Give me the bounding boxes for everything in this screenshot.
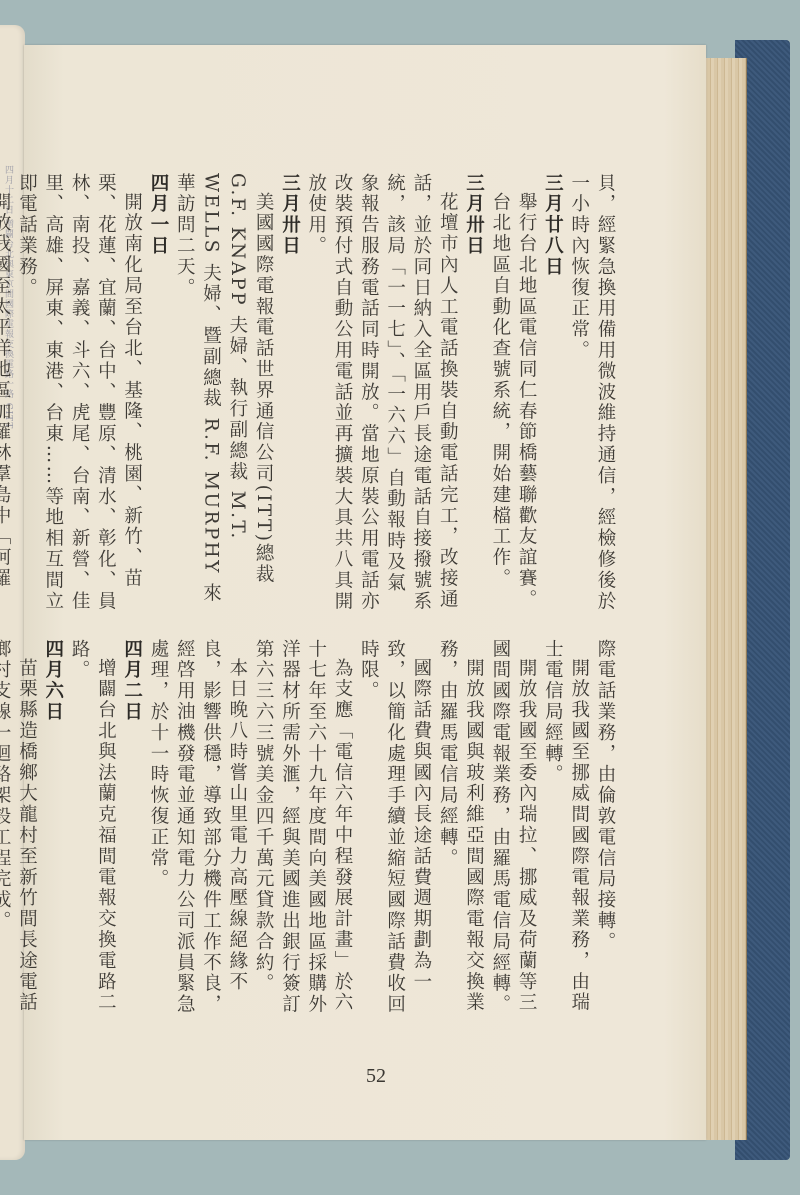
text-block-bottom: 際電話業務，由倫敦電信局接轉。 開放我國至挪威間國際電報業務，由瑞士電信局經轉。…	[0, 639, 618, 1019]
date-heading: 四月二日	[118, 639, 144, 1019]
paragraph: 開放我國至委內瑞拉、挪威及荷蘭等三國間國際電報業務，由羅馬電信局經轉。	[487, 639, 540, 1019]
paragraph: 國際話費與國內長途話費週期劃為一致，以簡化處理手續並縮短國際話費收回時限。	[355, 639, 434, 1019]
paragraph: 苗栗縣造橋鄉大龍村至新竹間長途電話鄉村支線一迴路架設工程完成。	[0, 639, 39, 1019]
paragraph: 增闢台北與法蘭克福間電報交換電路二路。	[66, 639, 119, 1019]
paragraph: 花壇市內人工電話換裝自動電話完工，改接通話，並於同日納入全區用戶長途電話自接撥號…	[302, 173, 460, 613]
date-heading: 四月六日	[39, 639, 65, 1019]
paragraph: 開放我國至挪威間國際電報業務，由瑞士電信局經轉。	[539, 639, 592, 1019]
paragraph: 開放我國至太平洋地區加羅林羣島中「柯羅島」（KOROR）及馬拉威（MALAWI）…	[0, 173, 13, 613]
book-page: 貝，經緊急換用備用微波維持通信，經檢修後於一小時內恢復正常。 三月廿八日 舉行台…	[24, 45, 706, 1140]
paragraph: 為支應「電信六年中程發展計畫」於六十七年至六十九年度間向美國地區採購外洋器材所需…	[250, 639, 355, 1019]
paragraph: 美國國際電報電話世界通信公司(ITT)總裁 G.F. KNAPP 夫婦、執行副總…	[171, 173, 276, 613]
text-block-top: 貝，經緊急換用備用微波維持通信，經檢修後於一小時內恢復正常。 三月廿八日 舉行台…	[0, 173, 618, 613]
page-number: 52	[366, 1065, 386, 1088]
paragraph: 舉行台北地區電信同仁春節橋藝聯歡友誼賽。	[513, 173, 539, 613]
paragraph: 開放我國與玻利維亞間國際電報交換業務，由羅馬電信局經轉。	[434, 639, 487, 1019]
date-heading: 四月一日	[145, 173, 171, 613]
date-heading: 三月卅日	[276, 173, 302, 613]
page-edges	[700, 58, 747, 1140]
paragraph: 台北地區自動化查號系統，開始建檔工作。	[487, 173, 513, 613]
paragraph: 本日晚八時嘗山里電力高壓線絕緣不良，影響供穩，導致部分機件工作不良，經啓用油機發…	[145, 639, 250, 1019]
date-heading: 三月卅日	[460, 173, 486, 613]
paragraph: 開放南化局至台北、基隆、桃園、新竹、苗栗、花蓮、宜蘭、台中、豐原、清水、彰化、員…	[13, 173, 144, 613]
date-heading: 三月廿八日	[539, 173, 565, 613]
paragraph: 際電話業務，由倫敦電信局接轉。	[592, 639, 618, 1019]
paragraph: 貝，經緊急換用備用微波維持通信，經檢修後於一小時內恢復正常。	[565, 173, 618, 613]
